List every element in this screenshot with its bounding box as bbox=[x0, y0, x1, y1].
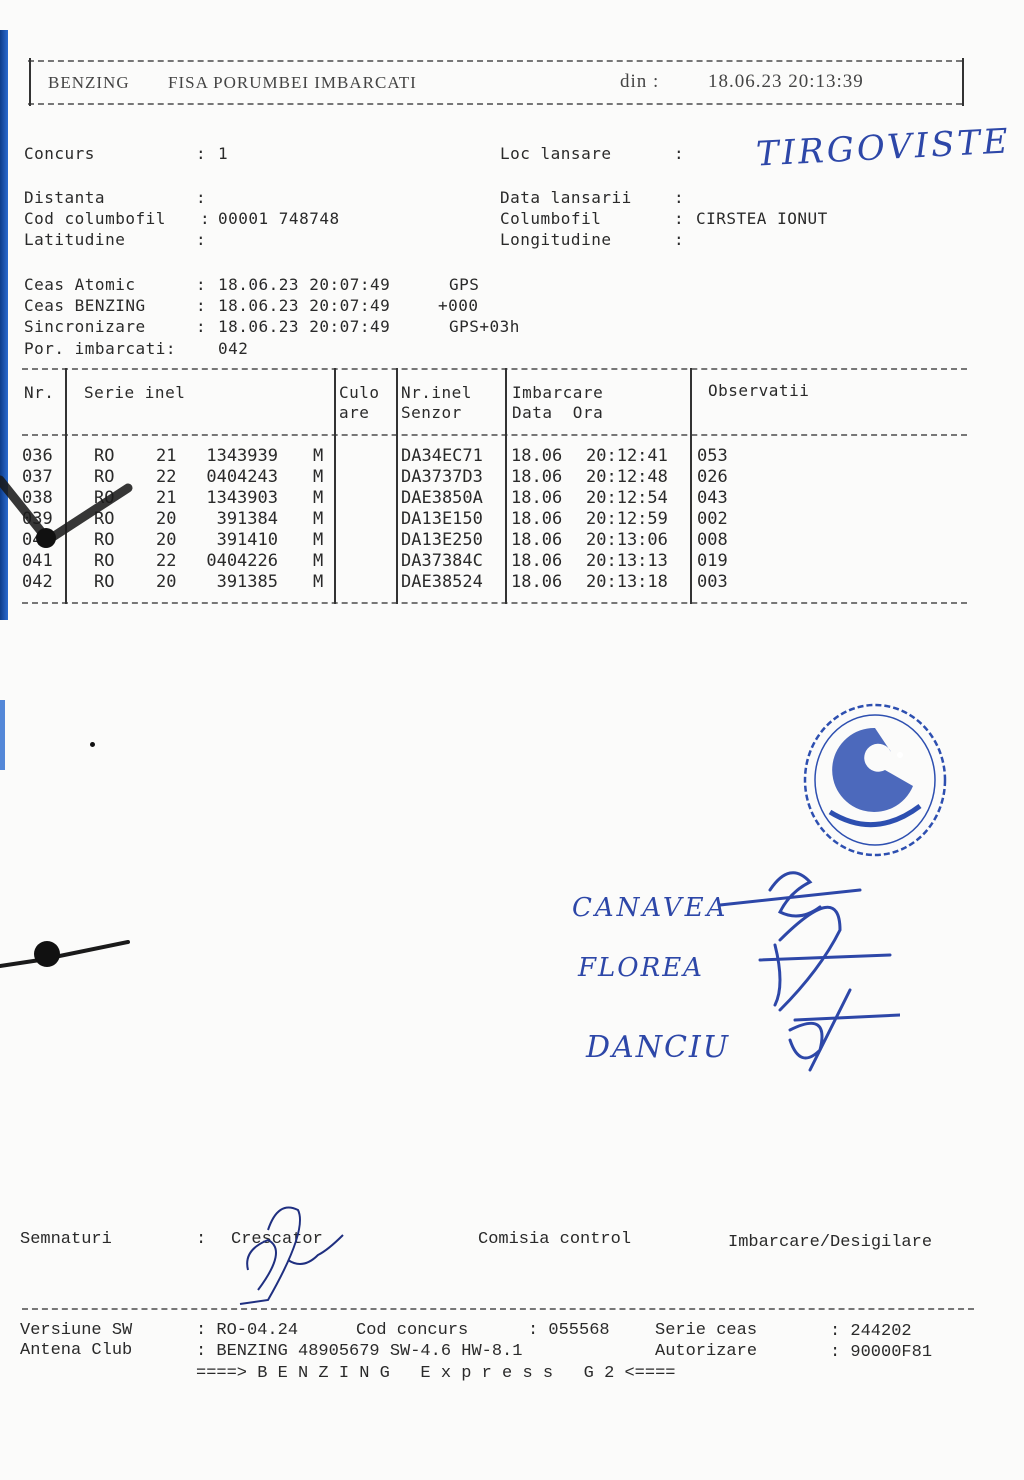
longitudine-sep: : bbox=[674, 229, 684, 250]
row-sensor: DA3737D3 bbox=[401, 467, 483, 488]
row-ring: 1343903 bbox=[158, 488, 278, 509]
loc-lansare-label: Loc lansare bbox=[500, 143, 611, 164]
footer-banner: ====> B E N Z I N G E x p r e s s G 2 <=… bbox=[196, 1364, 675, 1383]
serie-ceas-label: Serie ceas bbox=[655, 1321, 757, 1340]
row-sex: M bbox=[313, 467, 323, 488]
row-ring: 391410 bbox=[158, 530, 278, 551]
ink-dot bbox=[90, 742, 95, 747]
distanta-label: Distanta bbox=[24, 187, 105, 208]
versiune-sw-label: Versiune SW bbox=[20, 1321, 132, 1340]
header-right-border bbox=[962, 58, 964, 106]
ceas-benzing-value: 18.06.23 20:07:49 bbox=[218, 295, 390, 316]
cod-columbofil-value: 00001 748748 bbox=[218, 208, 340, 229]
ceas-benzing-label: Ceas BENZING bbox=[24, 295, 146, 316]
table-header-border bbox=[22, 434, 967, 436]
row-ring: 391384 bbox=[158, 509, 278, 530]
row-obs: 019 bbox=[697, 551, 728, 572]
signature-strokes-icon bbox=[660, 860, 900, 1080]
longitudine-label: Longitudine bbox=[500, 229, 611, 250]
por-imbarcati-value: 042 bbox=[218, 338, 248, 359]
semnaturi-sep: : bbox=[196, 1230, 206, 1249]
semnaturi-label: Semnaturi bbox=[20, 1230, 112, 1249]
row-date: 18.06 bbox=[511, 446, 562, 467]
cod-concurs-value: : 055568 bbox=[528, 1321, 610, 1340]
versiune-sw-value: : RO-04.24 bbox=[196, 1321, 298, 1340]
row-sex: M bbox=[313, 509, 323, 530]
distanta-sep: : bbox=[196, 187, 206, 208]
row-ring: 0404243 bbox=[158, 467, 278, 488]
document-title: FISA PORUMBEI IMBARCATI bbox=[168, 73, 417, 93]
row-time: 20:13:13 bbox=[586, 551, 668, 572]
col-header-imbarcare-2: Data Ora bbox=[512, 402, 603, 423]
row-sex: M bbox=[313, 446, 323, 467]
row-sex: M bbox=[313, 488, 323, 509]
date-label: din : bbox=[620, 71, 659, 93]
autorizare-value: : 90000F81 bbox=[830, 1343, 932, 1362]
loc-lansare-sep: : bbox=[674, 143, 684, 164]
row-obs: 043 bbox=[697, 488, 728, 509]
table-top-border bbox=[22, 368, 967, 370]
row-sensor: DAE3850A bbox=[401, 488, 483, 509]
por-imbarcati-label: Por. imbarcati: bbox=[24, 338, 176, 359]
row-obs: 002 bbox=[697, 509, 728, 530]
row-ring: 1343939 bbox=[158, 446, 278, 467]
ceas-atomic-value: 18.06.23 20:07:49 bbox=[218, 274, 390, 295]
row-sensor: DA13E150 bbox=[401, 509, 483, 530]
row-nr: 042 bbox=[22, 572, 53, 593]
loc-lansare-handwritten: TIRGOVISTE bbox=[755, 121, 1012, 174]
row-date: 18.06 bbox=[511, 572, 562, 593]
row-obs: 026 bbox=[697, 467, 728, 488]
col-sep bbox=[505, 368, 507, 604]
row-sex: M bbox=[313, 530, 323, 551]
row-country: RO bbox=[94, 572, 114, 593]
row-sensor: DAE38524 bbox=[401, 572, 483, 593]
row-time: 20:12:54 bbox=[586, 488, 668, 509]
col-header-senzor: Nr.inel bbox=[401, 382, 472, 403]
col-header-serie: Serie inel bbox=[84, 382, 185, 403]
row-time: 20:12:59 bbox=[586, 509, 668, 530]
print-datetime: 18.06.23 20:13:39 bbox=[708, 71, 864, 93]
comisia-control-label: Comisia control bbox=[478, 1230, 631, 1249]
concurs-value: 1 bbox=[218, 143, 228, 164]
latitudine-label: Latitudine bbox=[24, 229, 125, 250]
col-sep bbox=[396, 368, 398, 604]
federation-stamp-icon bbox=[800, 700, 950, 860]
columbofil-sep: : bbox=[674, 208, 684, 229]
row-sex: M bbox=[313, 551, 323, 572]
row-sensor: DA13E250 bbox=[401, 530, 483, 551]
columbofil-value: CIRSTEA IONUT bbox=[696, 208, 828, 229]
row-time: 20:12:48 bbox=[586, 467, 668, 488]
data-lansarii-label: Data lansarii bbox=[500, 187, 632, 208]
row-ring: 0404226 bbox=[158, 551, 278, 572]
row-sensor: DA34EC71 bbox=[401, 446, 483, 467]
col-header-culoare-2: are bbox=[339, 402, 369, 423]
col-header-culoare: Culo bbox=[339, 382, 380, 403]
row-date: 18.06 bbox=[511, 467, 562, 488]
sincronizare-extra: GPS+03h bbox=[449, 316, 520, 337]
background-edge-patch bbox=[0, 700, 5, 770]
ceas-benzing-extra: +000 bbox=[438, 295, 479, 316]
header-top-border bbox=[28, 60, 962, 62]
latitudine-sep: : bbox=[196, 229, 206, 250]
ceas-atomic-extra: GPS bbox=[449, 274, 479, 295]
row-time: 20:12:41 bbox=[586, 446, 668, 467]
serie-ceas-value: : 244202 bbox=[830, 1322, 912, 1341]
table-bottom-border bbox=[22, 602, 967, 604]
row-date: 18.06 bbox=[511, 509, 562, 530]
pen-checkmark-icon bbox=[0, 460, 140, 560]
row-obs: 053 bbox=[697, 446, 728, 467]
ceas-atomic-label: Ceas Atomic bbox=[24, 274, 135, 295]
row-date: 18.06 bbox=[511, 551, 562, 572]
antena-club-label: Antena Club bbox=[20, 1341, 132, 1360]
footer-divider bbox=[22, 1308, 974, 1310]
breeder-signature-icon bbox=[228, 1200, 348, 1310]
cod-columbofil-sep: : bbox=[200, 208, 210, 229]
col-sep bbox=[334, 368, 336, 604]
pen-mark-icon bbox=[0, 930, 130, 975]
autorizare-label: Autorizare bbox=[655, 1342, 757, 1361]
imbarcare-desigilare-label: Imbarcare/Desigilare bbox=[728, 1233, 932, 1252]
col-header-imbarcare: Imbarcare bbox=[512, 382, 603, 403]
header-left-border bbox=[29, 58, 31, 106]
row-time: 20:13:06 bbox=[586, 530, 668, 551]
col-sep bbox=[690, 368, 692, 604]
row-time: 20:13:18 bbox=[586, 572, 668, 593]
row-sex: M bbox=[313, 572, 323, 593]
antena-club-value: : BENZING 48905679 SW-4.6 HW-8.1 bbox=[196, 1342, 522, 1361]
data-lansarii-sep: : bbox=[674, 187, 684, 208]
row-date: 18.06 bbox=[511, 488, 562, 509]
col-header-nr: Nr. bbox=[24, 382, 54, 403]
concurs-label: Concurs bbox=[24, 143, 95, 164]
columbofil-label: Columbofil bbox=[500, 208, 601, 229]
row-sensor: DA37384C bbox=[401, 551, 483, 572]
header-bottom-border bbox=[28, 103, 962, 105]
sincronizare-value: 18.06.23 20:07:49 bbox=[218, 316, 390, 337]
col-header-observatii: Observatii bbox=[708, 380, 809, 401]
row-obs: 008 bbox=[697, 530, 728, 551]
sincronizare-label: Sincronizare bbox=[24, 316, 146, 337]
concurs-sep: : bbox=[196, 143, 206, 164]
cod-concurs-label: Cod concurs bbox=[356, 1321, 468, 1340]
row-ring: 391385 bbox=[158, 572, 278, 593]
header-brand: BENZING bbox=[48, 73, 130, 93]
col-header-senzor-2: Senzor bbox=[401, 402, 462, 423]
cod-columbofil-label: Cod columbofil bbox=[24, 208, 166, 229]
row-obs: 003 bbox=[697, 572, 728, 593]
row-date: 18.06 bbox=[511, 530, 562, 551]
